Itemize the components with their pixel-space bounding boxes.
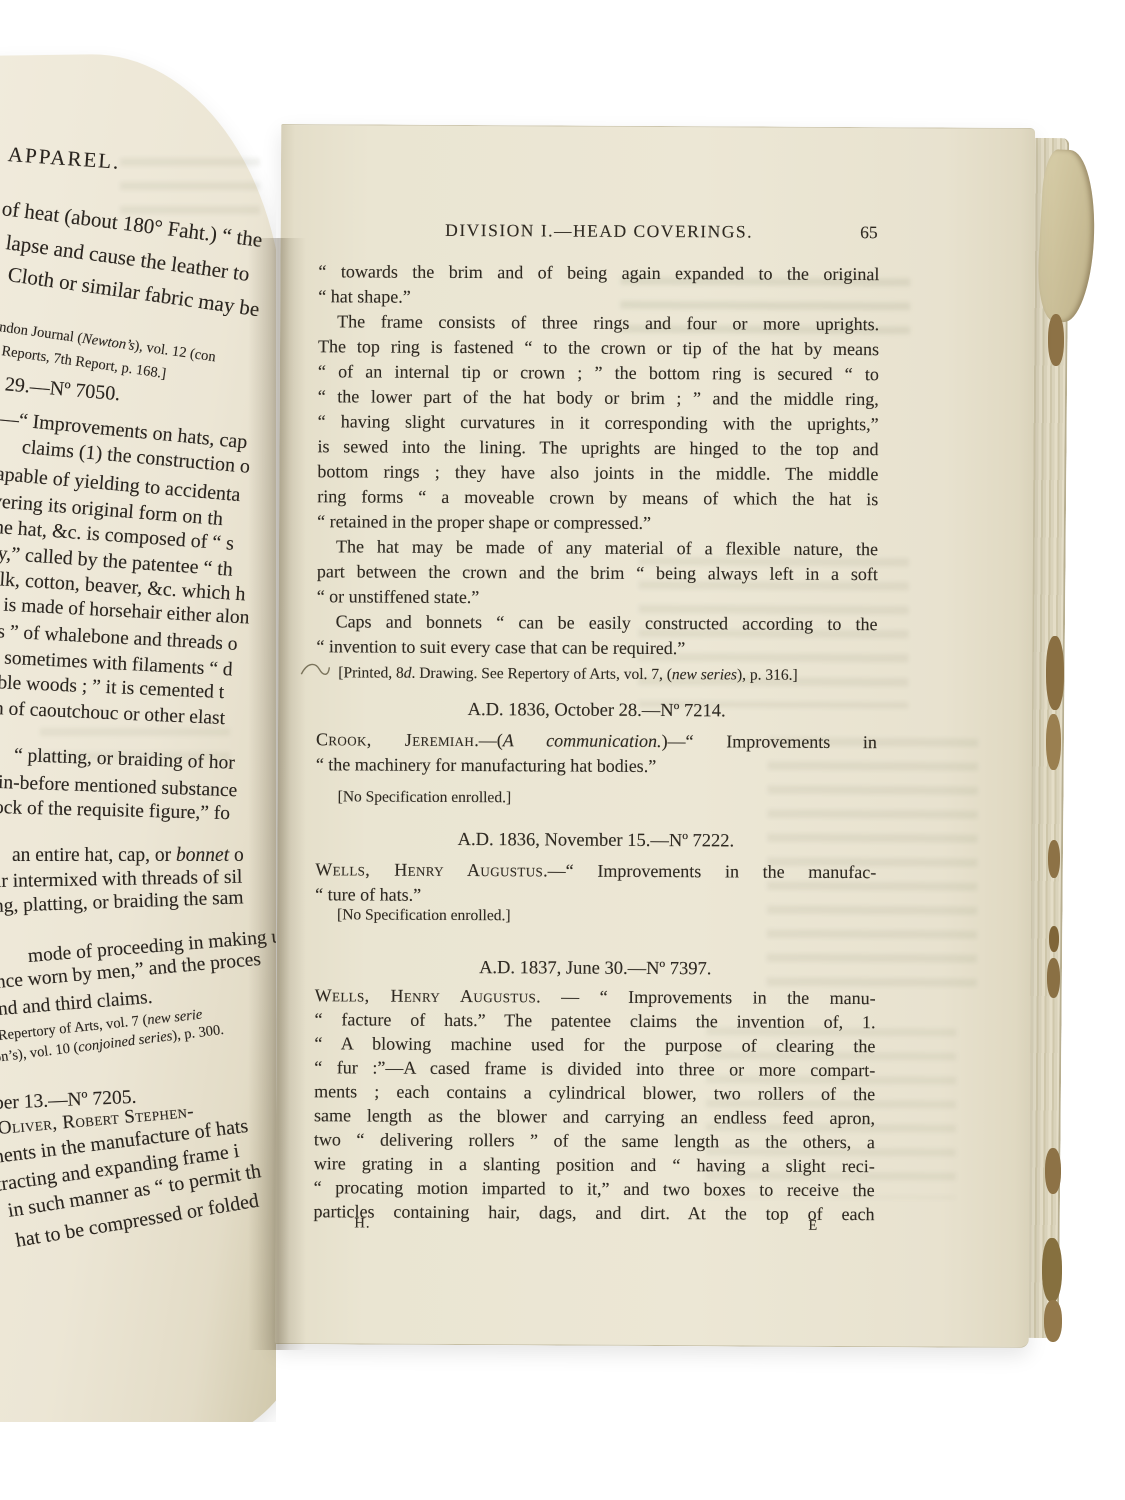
entry-body: Wells, Henry Augustus. — “ Improvements …	[313, 983, 875, 1226]
signature-mark-right: E	[808, 1218, 818, 1235]
running-head: DIVISION I.—HEAD COVERINGS.	[445, 220, 753, 242]
entry-note: [No Specification enrolled.]	[337, 905, 861, 928]
text-line: two “ delivering rollers ” of the same l…	[314, 1127, 875, 1154]
entry-body: Crook, Jeremiah.—(A communication.)—“ Im…	[316, 727, 877, 780]
page-edge-chip	[1044, 1300, 1062, 1342]
text-line: ring forms “ a moveable crown by means o…	[317, 484, 878, 512]
text-line: “ retained in the proper shape or compre…	[317, 509, 878, 537]
signature-mark-left: H.	[354, 1215, 370, 1232]
page-edge-chip	[1048, 840, 1060, 878]
citation: [Printed, 8d. Drawing. See Repertory of …	[338, 663, 862, 686]
paragraph-block: “ towards the brim and of being again ex…	[316, 259, 879, 662]
text-line: wire grating in a slanting position and …	[314, 1151, 875, 1178]
text-line: “ hat shape.”	[318, 284, 879, 312]
text-line: an entire hat, cap, or bonnet o	[12, 845, 244, 867]
text-line: is sewed into the lining. The uprights a…	[317, 434, 878, 462]
page-edge-chip	[1048, 314, 1064, 366]
text-line: Caps and bonnets “ can be easily constru…	[317, 609, 878, 637]
text-line: “ facture of hats.” The patentee claims …	[314, 1007, 875, 1034]
entry-heading: A.D. 1836, November 15.—Nº 7222.	[315, 829, 876, 853]
text-line: same length as the blower and carrying a…	[314, 1103, 875, 1130]
text-line: “ towards the brim and of being again ex…	[318, 259, 879, 287]
text-line: part between the crown and the brim “ be…	[317, 559, 878, 587]
text-line: The frame consists of three rings and fo…	[318, 309, 879, 337]
right-page-text: DIVISION I.—HEAD COVERINGS. 65 “ towards…	[313, 125, 880, 1346]
signature-row: H. E	[313, 1215, 874, 1238]
text-line: Wells, Henry Augustus.—“ Improvements in…	[315, 857, 876, 885]
gutter-shadow	[248, 238, 306, 1350]
page-edge-chip	[1042, 1238, 1062, 1302]
text-line: “ invention to suit every case that can …	[316, 634, 877, 662]
page-edge-chip	[1045, 1148, 1061, 1194]
text-line: “ of an internal tip or crown ; ” the bo…	[318, 359, 879, 387]
text-line: Wells, Henry Augustus. — “ Improvements …	[315, 983, 876, 1010]
text-line: “ the machinery for manufacturing hat bo…	[316, 752, 877, 780]
text-line: The hat may be made of any material of a…	[317, 534, 878, 562]
text-line: “ A blowing machine used for the purpose…	[314, 1031, 875, 1058]
text-line: bottom rings ; they have also joints in …	[317, 459, 878, 487]
text-line: “ the lower part of the hat body or brim…	[318, 384, 879, 412]
page-edge-chip	[1046, 714, 1061, 770]
text-line: “ having slight curvatures in it corresp…	[318, 409, 879, 437]
page-edge-chip	[1036, 149, 1099, 324]
page-edge-chip	[1047, 958, 1060, 998]
entry-heading: A.D. 1836, October 28.—Nº 7214.	[316, 699, 877, 723]
text-line: The top ring is fastened “ to the crown …	[318, 334, 879, 362]
text-line: “ or unstiffened state.”	[317, 584, 878, 612]
entry-body: Wells, Henry Augustus.—“ Improvements in…	[315, 857, 876, 910]
page-edge-chip	[1046, 636, 1064, 710]
book-photo: APPAREL. of heat (about 180° Faht.) “ th…	[0, 0, 1125, 1500]
entry-note: [No Specification enrolled.]	[338, 787, 862, 810]
page-edge-chip	[1049, 926, 1059, 952]
left-page: APPAREL. of heat (about 180° Faht.) “ th…	[0, 40, 276, 1422]
right-page: DIVISION I.—HEAD COVERINGS. 65 “ towards…	[275, 124, 1035, 1348]
text-line: “ fur :”—A cased frame is divided into t…	[314, 1055, 875, 1082]
page-number: 65	[860, 222, 878, 243]
text-line: “ procating motion imparted to it,” and …	[314, 1175, 875, 1202]
running-head-row: DIVISION I.—HEAD COVERINGS. 65	[319, 219, 880, 243]
text-line: Crook, Jeremiah.—(A communication.)—“ Im…	[316, 727, 877, 755]
entry-heading: A.D. 1837, June 30.—Nº 7397.	[315, 957, 876, 981]
text-line: ments ; each contains a cylindrical blow…	[314, 1079, 875, 1106]
